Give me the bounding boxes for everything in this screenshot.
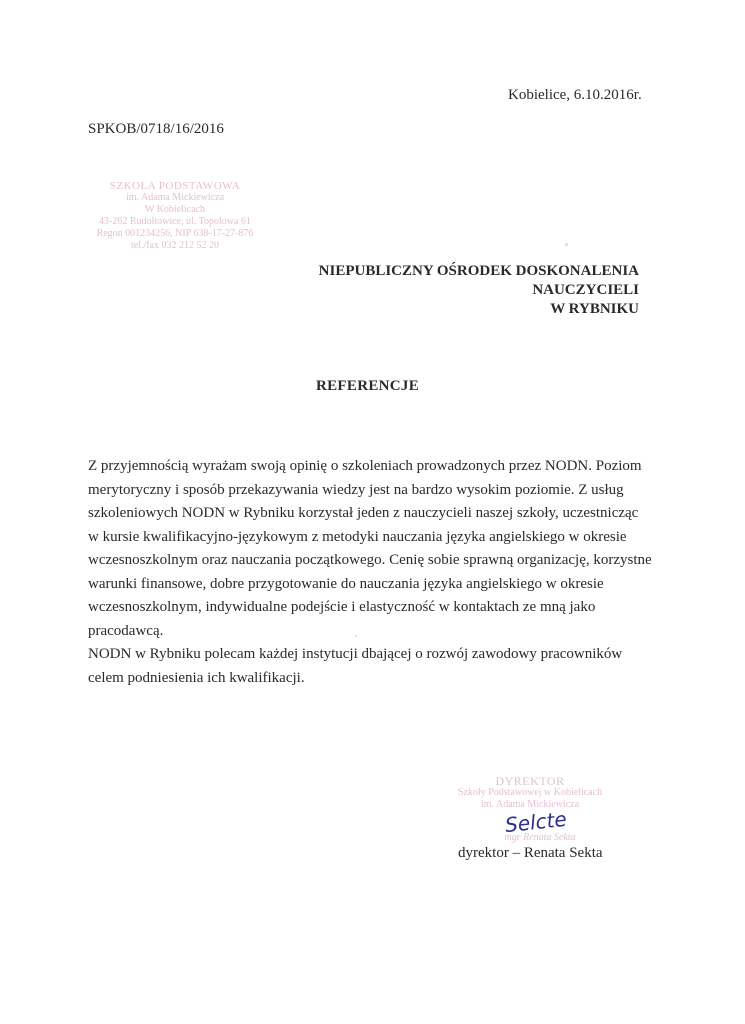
body-line: wczesnoszkolnym oraz nauczania początkow… — [88, 549, 648, 573]
director-stamp: DYREKTOR Szkoły Podstawowej w Kobielicac… — [445, 775, 615, 811]
stamp-line: tel./fax 032 212 52 20 — [60, 240, 290, 252]
stamp-name-line: mgr Renata Sekta — [480, 832, 600, 844]
body-line: Z przyjemnością wyrażam swoją opinię o s… — [88, 455, 648, 479]
body-line: wczesnoszkolnym, indywidualne podejście … — [88, 596, 648, 620]
place-date: Kobielice, 6.10.2016r. — [508, 87, 642, 104]
stamp-line: Szkoły Podstawowej w Kobielicach — [445, 787, 615, 799]
body-line: merytoryczny i sposób przekazywania wied… — [88, 479, 648, 503]
body-line: szkoleniowych NODN w Rybniku korzystał j… — [88, 502, 648, 526]
body-line: NODN w Rybniku polecam każdej instytucji… — [88, 643, 648, 667]
recipient-line: NAUCZYCIELI — [300, 281, 639, 300]
school-stamp: SZKOŁA PODSTAWOWA im. Adama Mickiewicza … — [60, 180, 290, 252]
scan-speck — [355, 635, 357, 637]
letter-body: Z przyjemnością wyrażam swoją opinię o s… — [88, 455, 648, 690]
signatory: dyrektor – Renata Sekta — [458, 845, 603, 862]
recipient-line: W RYBNIKU — [300, 300, 639, 319]
document-title: REFERENCJE — [316, 378, 419, 395]
recipient-line: NIEPUBLICZNY OŚRODEK DOSKONALENIA — [300, 262, 639, 281]
recipient-address: NIEPUBLICZNY OŚRODEK DOSKONALENIA NAUCZY… — [300, 262, 639, 319]
scan-speck — [565, 243, 568, 246]
stamp-line: SZKOŁA PODSTAWOWA — [60, 180, 290, 192]
stamp-line: 43-262 Rudołtowice, ul. Topolowa 61 — [60, 216, 290, 228]
body-line: pracodawcą. — [88, 620, 648, 644]
stamp-line: W Kobielicach — [60, 204, 290, 216]
body-line: celem podniesienia ich kwalifikacji. — [88, 667, 648, 691]
body-line: w kursie kwalifikacyjno-językowym z meto… — [88, 526, 648, 550]
body-line: warunki finansowe, dobre przygotowanie d… — [88, 573, 648, 597]
stamp-line: Regon 001234256, NIP 638-17-27-876 — [60, 228, 290, 240]
stamp-line: im. Adama Mickiewicza — [60, 192, 290, 204]
stamp-line: DYREKTOR — [445, 775, 615, 787]
reference-number: SPKOB/0718/16/2016 — [88, 121, 224, 138]
stamp-line: im. Adama Mickiewicza — [445, 799, 615, 811]
